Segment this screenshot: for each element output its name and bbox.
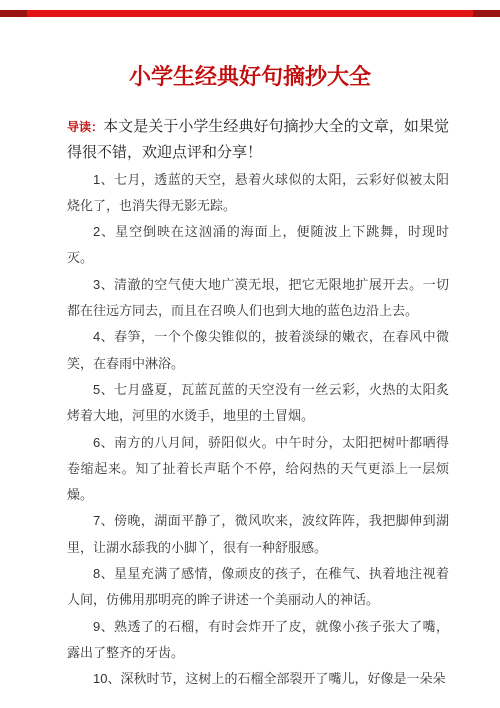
top-bar-right-cap <box>473 10 500 17</box>
sentence-item: 3、清澈的空气使大地广漠无垠，把它无限地扩展开去。一切都在往远方同去，而且在召唤… <box>67 272 449 325</box>
sentence-item: 1、七月，透蓝的天空，悬着火球似的太阳，云彩好似被太阳烧化了，也消失得无影无踪。 <box>67 167 449 220</box>
sentence-item: 4、春笋，一个个像尖锥似的，披着淡绿的嫩衣，在春风中微笑，在春雨中淋浴。 <box>67 324 449 377</box>
sentence-item: 10、深秋时节，这树上的石榴全部裂开了嘴儿，好像是一朵朵 <box>67 666 449 692</box>
page-title: 小学生经典好句摘抄大全 <box>0 60 500 91</box>
sentence-item: 9、熟透了的石榴，有时会炸开了皮，就像小孩子张大了嘴，露出了整齐的牙齿。 <box>67 614 449 667</box>
top-accent-bar <box>0 10 500 17</box>
top-bar-left-cap <box>0 10 27 17</box>
sentence-item: 7、傍晚，湖面平静了，微风吹来，波纹阵阵，我把脚伸到湖里，让湖水舔我的小脚丫，很… <box>67 508 449 561</box>
sentence-item: 6、南方的八月间，骄阳似火。中午时分，太阳把树叶都晒得卷缩起来。知了扯着长声聒个… <box>67 430 449 509</box>
intro-text: 本文是关于小学生经典好句摘抄大全的文章，如果觉得很不错，欢迎点评和分享！ <box>67 119 449 161</box>
document-body: 导读：本文是关于小学生经典好句摘抄大全的文章，如果觉得很不错，欢迎点评和分享！ … <box>67 114 449 693</box>
sentence-item: 5、七月盛夏，瓦蓝瓦蓝的天空没有一丝云彩，火热的太阳炙烤着大地，河里的水烫手，地… <box>67 377 449 430</box>
sentence-item: 8、星星充满了感情，像顽皮的孩子，在稚气、执着地注视着人间，仿佛用那明亮的眸子讲… <box>67 561 449 614</box>
sentence-item: 2、星空倒映在这汹涌的海面上，便随波上下跳舞，时现时灭。 <box>67 219 449 272</box>
intro-label: 导读： <box>67 120 103 134</box>
intro-paragraph: 导读：本文是关于小学生经典好句摘抄大全的文章，如果觉得很不错，欢迎点评和分享！ <box>67 114 449 167</box>
